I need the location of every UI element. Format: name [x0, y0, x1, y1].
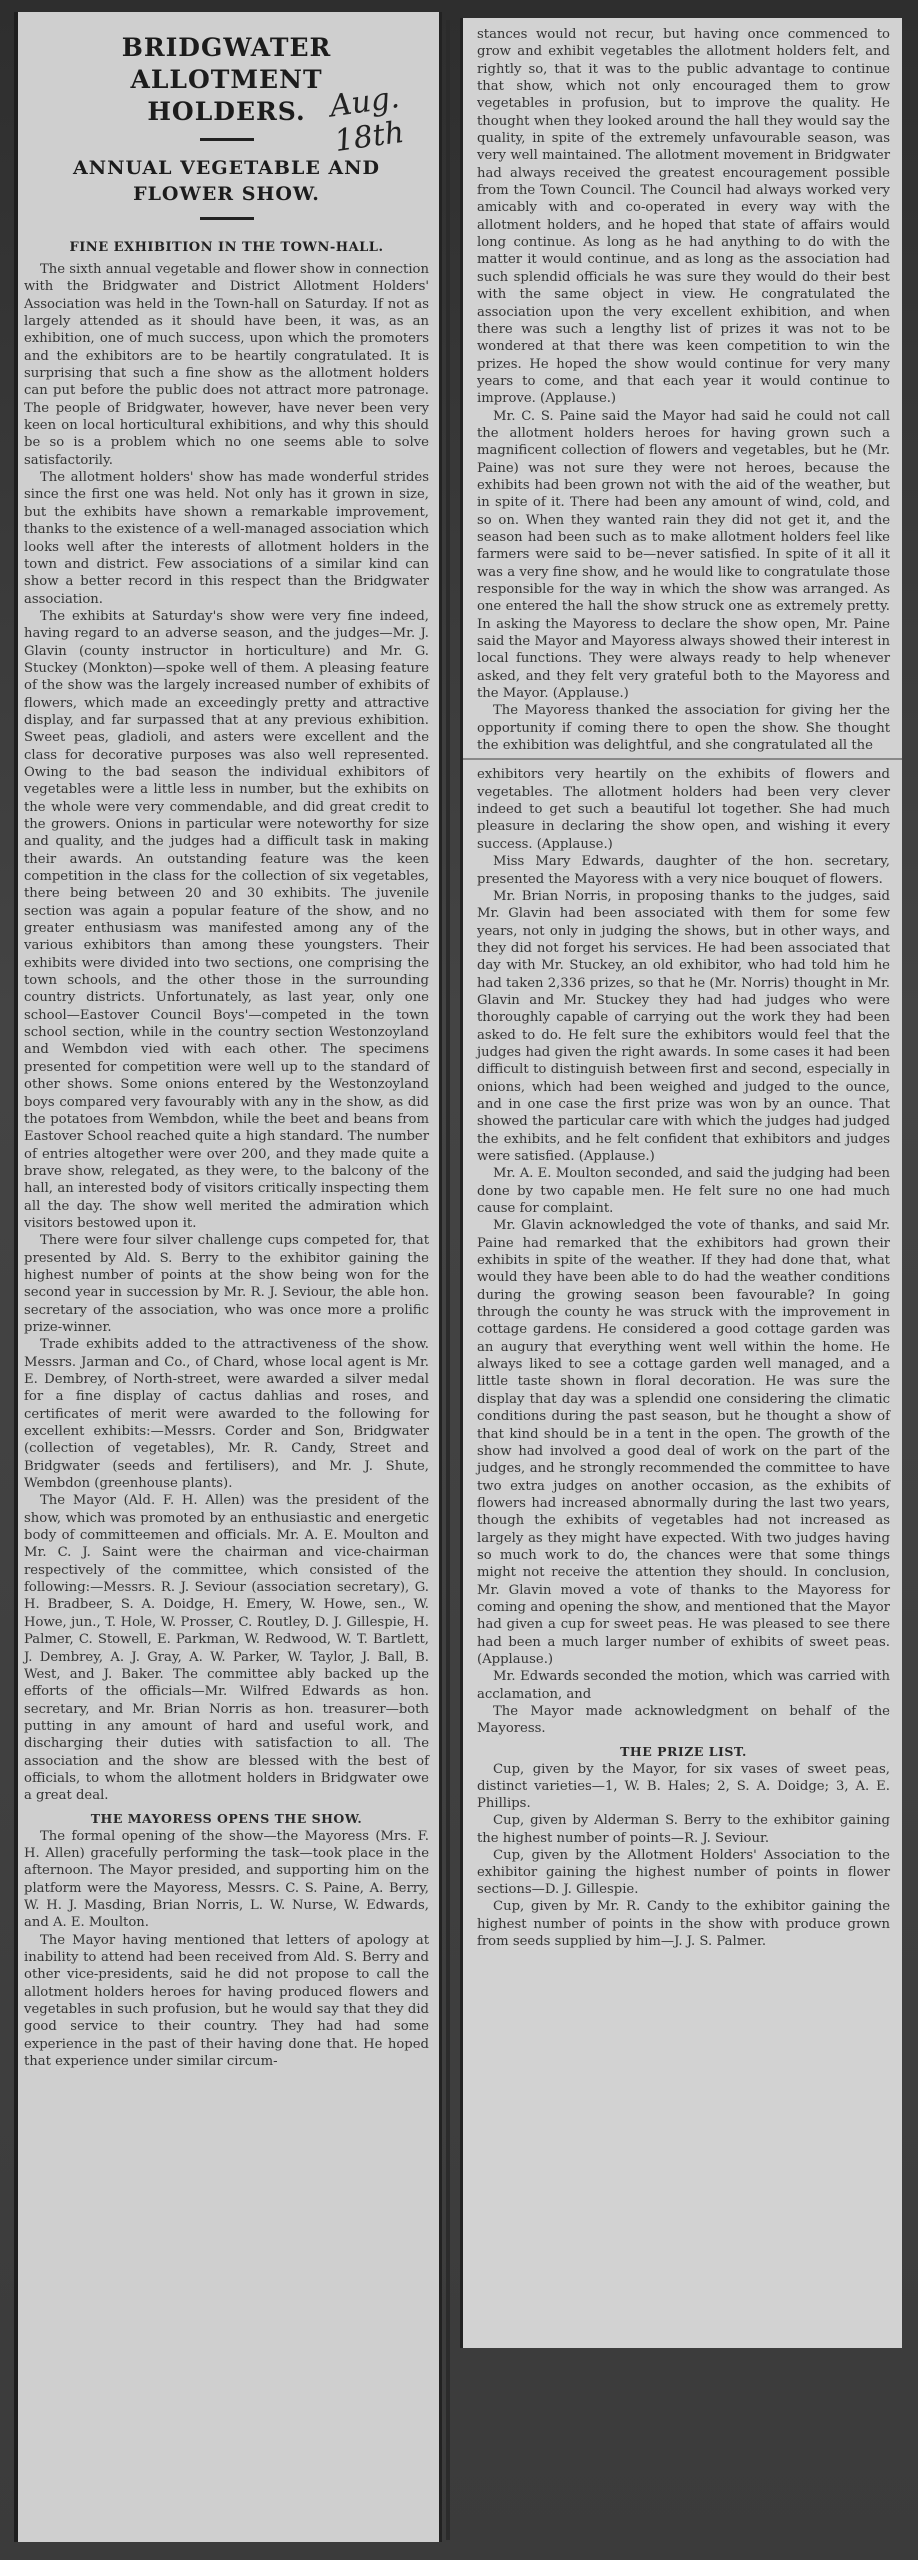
paragraph: The allotment holders' show has made won…: [24, 469, 429, 608]
clipping-left-column: BRIDGWATER ALLOTMENT HOLDERS. Aug. 18th …: [14, 12, 442, 2542]
prize-entry: Cup, given by Alderman S. Berry to the e…: [477, 1812, 890, 1846]
paragraph: The sixth annual vegetable and flower sh…: [24, 261, 429, 469]
prize-list-heading: THE PRIZE LIST.: [477, 1744, 890, 1759]
paragraph: exhibitors very heartily on the exhibits…: [477, 766, 890, 853]
clipping-right-column: stances would not recur, but having once…: [460, 18, 902, 2348]
paragraph: The Mayor (Ald. F. H. Allen) was the pre…: [24, 1492, 429, 1804]
deck-line-1: ANNUAL VEGETABLE AND: [24, 155, 429, 181]
paragraph: Miss Mary Edwards, daughter of the hon. …: [477, 853, 890, 888]
paragraph: There were four silver challenge cups co…: [24, 1232, 429, 1336]
paragraph: Mr. A. E. Moulton seconded, and said the…: [477, 1165, 890, 1217]
paragraph: Mr. C. S. Paine said the Mayor had said …: [477, 408, 890, 703]
handwritten-date: Aug. 18th: [328, 75, 442, 159]
section-heading-mayoress: THE MAYORESS OPENS THE SHOW.: [24, 1811, 429, 1826]
paragraph: The Mayor having mentioned that letters …: [24, 1932, 429, 2071]
deck-line-2: FLOWER SHOW.: [24, 181, 429, 207]
prize-entry: Cup, given by Mr. R. Candy to the exhibi…: [477, 1898, 890, 1950]
paragraph: Mr. Glavin acknowledged the vote of than…: [477, 1217, 890, 1668]
paragraph: The Mayoress thanked the association for…: [477, 702, 890, 754]
paragraph: The exhibits at Saturday's show were ver…: [24, 608, 429, 1232]
divider: [200, 217, 254, 220]
prize-list: THE PRIZE LIST. Cup, given by the Mayor,…: [477, 1744, 890, 1950]
paragraph: stances would not recur, but having once…: [477, 26, 890, 408]
paragraph: The formal opening of the show—the Mayor…: [24, 1828, 429, 1932]
prize-entry: Cup, given by the Allotment Holders' Ass…: [477, 1847, 890, 1899]
subheading: FINE EXHIBITION IN THE TOWN-HALL.: [24, 240, 429, 255]
column-rule: [446, 20, 450, 2540]
clipping-fold-line: [463, 758, 902, 760]
paragraph: Mr. Edwards seconded the motion, which w…: [477, 1668, 890, 1703]
paragraph: Trade exhibits added to the attractivene…: [24, 1336, 429, 1492]
paragraph: Mr. Brian Norris, in proposing thanks to…: [477, 888, 890, 1166]
paragraph: The Mayor made acknowledgment on behalf …: [477, 1703, 890, 1738]
divider: [200, 138, 254, 141]
prize-entry: Cup, given by the Mayor, for six vases o…: [477, 1761, 890, 1813]
